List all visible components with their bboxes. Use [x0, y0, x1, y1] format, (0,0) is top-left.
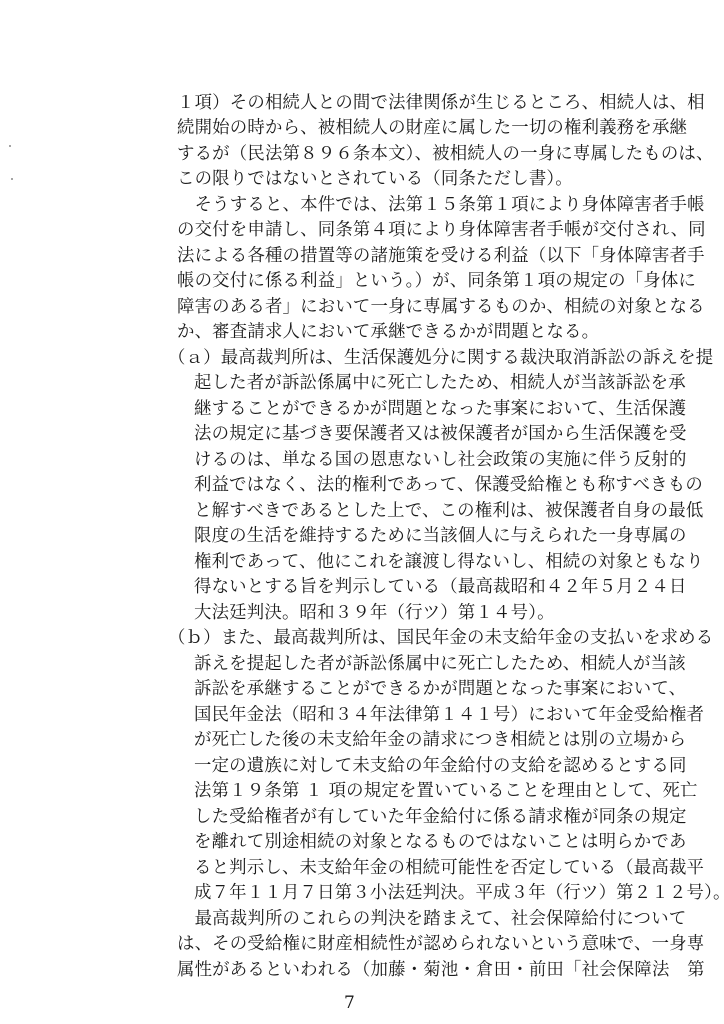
- text-segment: 最高裁判所は、生活保護処分に関する裁決取消訴訟の訴えを提: [221, 348, 714, 368]
- list-label-b: （ｂ）: [168, 628, 221, 648]
- text-line: 法第１９条第 １ 項の規定を置いていることを理由として、死亡: [194, 780, 698, 802]
- text-line: 利益ではなく、法的権利であって、保護受給権とも称すべきもの: [194, 474, 703, 496]
- scan-speck: [9, 145, 11, 147]
- list-label-a: （ａ）: [168, 348, 221, 368]
- text-line: １項）その相続人との間で法律関係が生じるところ、相続人は、相: [177, 92, 705, 114]
- text-line: 起した者が訴訟係属中に死亡したため、相続人が当該訴訟を承: [194, 372, 686, 394]
- text-line: した受給権者が有していた年金給付に係る請求権が同条の規定: [194, 806, 687, 828]
- text-line: 訴えを提起した者が訴訟係属中に死亡したため、相続人が当該: [194, 653, 686, 675]
- text-line: 一定の遺族に対して未支給の年金給付の支給を認めるとする同: [194, 755, 687, 777]
- text-line: か、審査請求人において承継できるかが問題となる。: [177, 321, 599, 343]
- page-number: 7: [344, 992, 355, 1014]
- text-line: 継することができるかが問題となった事案において、生活保護: [194, 398, 686, 420]
- text-line: 成７年１１月７日第３小法廷判決。平成３年（行ツ）第２１２号）。: [194, 882, 724, 904]
- text-line: この限りではないとされている（同条ただし書）。: [177, 168, 573, 190]
- text-line: 属性があるといわれる（加藤・菊池・倉田・前田「社会保障法 第: [177, 959, 705, 981]
- text-line: 最高裁判所のこれらの判決を踏まえて、社会保障給付について: [177, 908, 686, 930]
- text-line: は、その受給権に財産相続性が認められないという意味で、一身専: [177, 933, 704, 955]
- text-line: 法による各種の措置等の諸施策を受ける利益（以下「身体障害者手: [177, 245, 705, 267]
- text-line: の交付を申請し、同条第４項により身体障害者手帳が交付され、同: [177, 219, 706, 241]
- text-line: 得ないとする旨を判示している（最高裁昭和４２年５月２４日: [194, 576, 687, 598]
- document-page: １項）その相続人との間で法律関係が生じるところ、相続人は、相 続開始の時から、被…: [0, 0, 724, 1024]
- text-line: 国民年金法（昭和３４年法律第１４１号）において年金受給権者: [194, 704, 704, 726]
- text-line: 帳の交付に係る利益」という。）が、同条第１項の規定の「身体に: [177, 270, 696, 292]
- text-line: 限度の生活を維持するために当該個人に与えられた一身専属の: [194, 525, 687, 547]
- text-line: 続開始の時から、被相続人の財産に属した一切の権利義務を承継: [177, 117, 687, 139]
- text-line: するが（民法第８９６条本文）、被相続人の一身に専属したものは、: [177, 143, 714, 165]
- text-line: 訴訟を承継することができるかが問題となった事案において、: [194, 678, 686, 700]
- text-line: ると判示し、未支給年金の相続可能性を否定している（最高裁平: [194, 857, 704, 879]
- text-line: 大法廷判決。昭和３９年（行ツ）第１４号）。: [194, 602, 555, 624]
- text-line: 法の規定に基づき要保護者又は被保護者が国から生活保護を受: [194, 423, 687, 445]
- scan-speck: [11, 178, 13, 180]
- text-line: を離れて別途相続の対象となるものではないことは明らかであ: [194, 831, 687, 853]
- list-item-a-first-line: （ａ）最高裁判所は、生活保護処分に関する裁決取消訴訟の訴えを提: [168, 347, 713, 369]
- text-line: 障害のある者」において一身に専属するものか、相続の対象となる: [177, 296, 705, 318]
- text-line: が死亡した後の未支給年金の請求につき相続とは別の立場から: [194, 729, 686, 751]
- list-item-b-first-line: （ｂ）また、最高裁判所は、国民年金の未支給年金の支払いを求める: [168, 627, 713, 649]
- text-line: 権利であって、他にこれを譲渡し得ないし、相続の対象ともなり: [194, 551, 704, 573]
- text-line: けるのは、単なる国の恩恵ないし社会政策の実施に伴う反射的: [194, 449, 687, 471]
- text-line: そうすると、本件では、法第１５条第１項により身体障害者手帳: [177, 194, 705, 216]
- text-line: と解すべきであるとした上で、この権利は、被保護者自身の最低: [194, 500, 703, 522]
- text-segment: また、最高裁判所は、国民年金の未支給年金の支払いを求める: [221, 628, 714, 648]
